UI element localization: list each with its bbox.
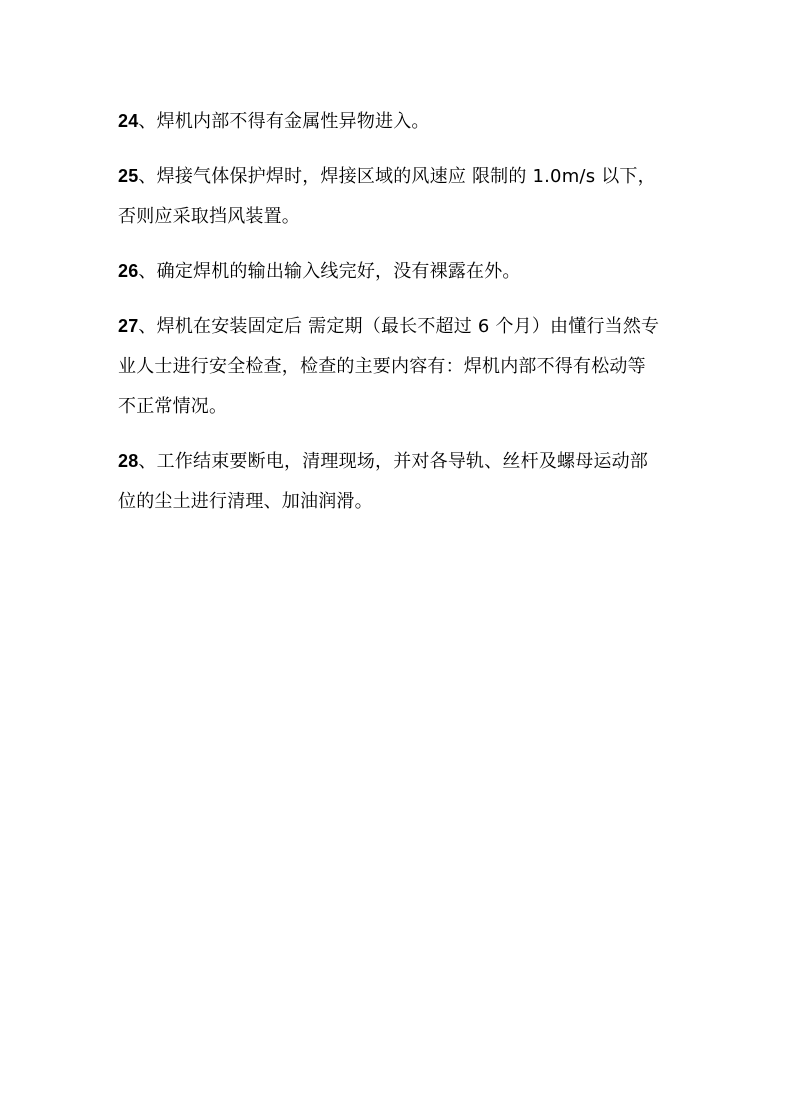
item-text: 确定焊机的输出输入线完好，没有裸露在外。	[157, 261, 521, 282]
list-item-27: 27、焊机在安装固定后 需定期（最长不超过 6 个月）由懂行当然专 业人士进行安…	[118, 306, 678, 427]
item-number: 25	[118, 166, 138, 186]
item-separator: 、	[138, 261, 156, 282]
item-separator: 、	[138, 451, 156, 472]
item-separator: 、	[138, 316, 156, 337]
item-text: 焊机内部不得有金属性异物进入。	[157, 111, 430, 132]
item-number: 26	[118, 261, 138, 281]
item-number: 27	[118, 316, 138, 336]
item-separator: 、	[138, 166, 156, 187]
item-text: 焊接气体保护焊时，焊接区域的风速应 限制的 1.0m/s 以下，	[157, 166, 656, 187]
item-number: 24	[118, 111, 138, 131]
item-text: 焊机在安装固定后 需定期（最长不超过 6 个月）由懂行当然专	[157, 316, 660, 337]
paragraph-line: 25、焊接气体保护焊时，焊接区域的风速应 限制的 1.0m/s 以下，	[118, 156, 678, 197]
paragraph-line: 不正常情况。	[118, 387, 678, 427]
item-number: 28	[118, 451, 138, 471]
item-separator: 、	[138, 111, 156, 132]
list-item-24: 24、焊机内部不得有金属性异物进入。	[118, 101, 678, 142]
paragraph-line: 位的尘土进行清理、加油润滑。	[118, 482, 678, 522]
paragraph-line: 否则应采取挡风装置。	[118, 197, 678, 237]
paragraph-line: 28、工作结束要断电，清理现场，并对各导轨、丝杆及螺母运动部	[118, 441, 678, 482]
paragraph-line: 24、焊机内部不得有金属性异物进入。	[118, 101, 678, 142]
paragraph-line: 27、焊机在安装固定后 需定期（最长不超过 6 个月）由懂行当然专	[118, 306, 678, 347]
paragraph-line: 业人士进行安全检查，检查的主要内容有：焊机内部不得有松动等	[118, 347, 678, 387]
list-item-28: 28、工作结束要断电，清理现场，并对各导轨、丝杆及螺母运动部 位的尘土进行清理、…	[118, 441, 678, 522]
item-text: 工作结束要断电，清理现场，并对各导轨、丝杆及螺母运动部	[157, 451, 648, 472]
list-item-25: 25、焊接气体保护焊时，焊接区域的风速应 限制的 1.0m/s 以下， 否则应采…	[118, 156, 678, 237]
list-item-26: 26、确定焊机的输出输入线完好，没有裸露在外。	[118, 251, 678, 292]
document-page: 24、焊机内部不得有金属性异物进入。 25、焊接气体保护焊时，焊接区域的风速应 …	[118, 101, 678, 536]
paragraph-line: 26、确定焊机的输出输入线完好，没有裸露在外。	[118, 251, 678, 292]
